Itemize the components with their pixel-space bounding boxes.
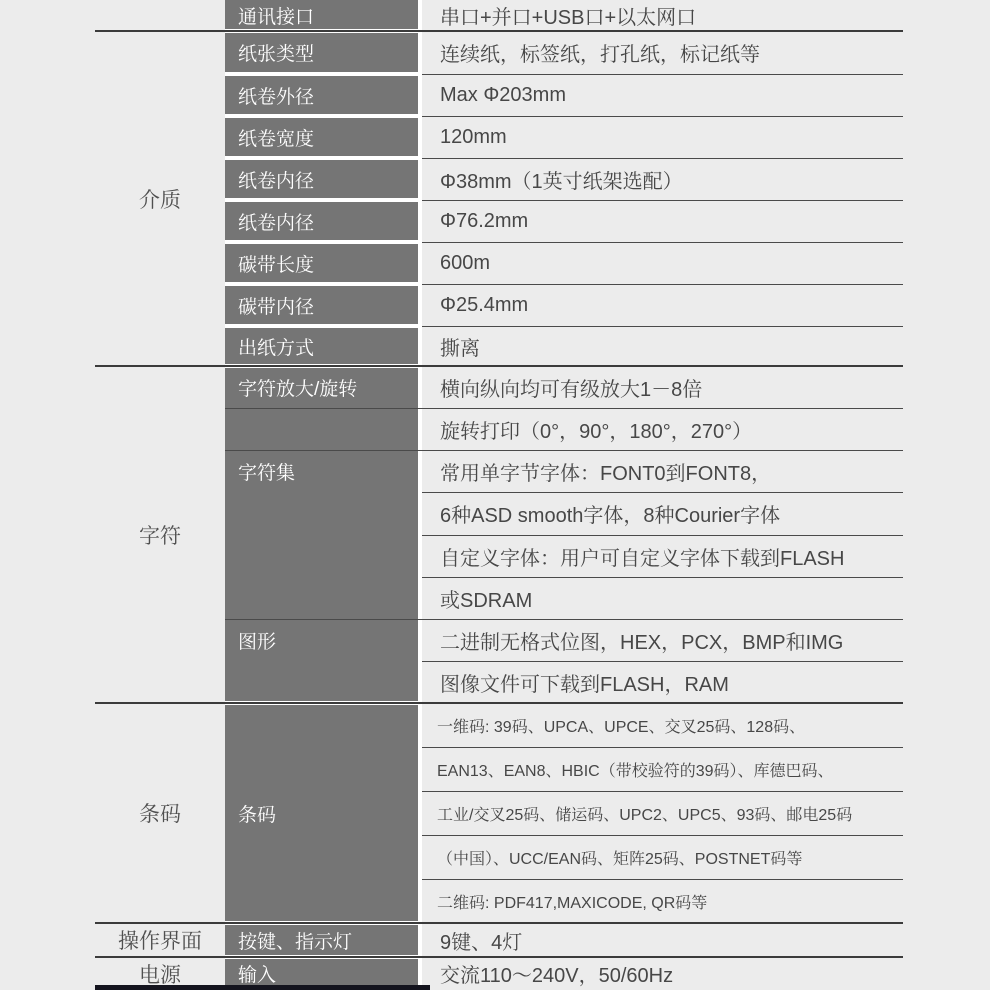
spec-value: 交流110～240V，50/60Hz (440, 957, 673, 990)
spec-value: 串口+并口+USB口+以太网口 (440, 0, 696, 31)
spec-cell-label: 图形 (225, 619, 418, 661)
row-divider (422, 835, 903, 836)
spec-value: 常用单字节字体：FONT0到FONT8， (440, 450, 771, 492)
spec-value: 二维码: PDF417,MAXICODE, QR码等 (437, 879, 707, 923)
group-divider (95, 922, 903, 924)
spec-value: 或SDRAM (440, 577, 532, 619)
spec-value: 一维码: 39码、UPCA、UPCE、交叉25码、128码、 (437, 703, 805, 747)
spec-value: 6种ASD smooth字体，8种Courier字体 (440, 492, 780, 535)
spec-cell-label: 字符集 (225, 450, 418, 492)
row-divider (422, 791, 903, 792)
spec-cell-label: 碳带长度 (225, 242, 418, 284)
row-divider (422, 535, 903, 536)
spec-cell-label: 纸卷内径 (225, 200, 418, 242)
spec-value: 600m (440, 242, 490, 284)
spec-value: Φ25.4mm (440, 284, 528, 326)
spec-cell-label: 出纸方式 (225, 326, 418, 366)
row-divider (225, 619, 903, 620)
spec-value: Φ38mm（1英寸纸架选配） (440, 158, 683, 200)
spec-value: 二进制无格式位图，HEX，PCX，BMP和IMG (440, 619, 843, 661)
spec-value: 工业/交叉25码、储运码、UPC2、UPC5、93码、邮电25码 (437, 791, 852, 835)
spec-value: EAN13、EAN8、HBIC（带校验符的39码）、库德巴码、 (437, 747, 834, 791)
spec-value: 9键、4灯 (440, 923, 522, 957)
row-divider (422, 492, 903, 493)
row-divider (422, 284, 903, 285)
spec-value: 横向纵向均可有级放大1－8倍 (440, 366, 702, 408)
spec-cell-label: 通讯接口 (225, 0, 418, 31)
spec-cell-label: 纸卷宽度 (225, 116, 418, 158)
spec-cell-label: 纸张类型 (225, 31, 418, 74)
spec-cell-label: 纸卷内径 (225, 158, 418, 200)
spec-value: （中国）、UCC/EAN码、矩阵25码、POSTNET码等 (437, 835, 802, 879)
spec-cell-label: 碳带内径 (225, 284, 418, 326)
spec-cell-label: 字符放大/旋转 (225, 366, 418, 408)
spec-cell-label: 按键、指示灯 (225, 923, 418, 957)
row-divider (422, 242, 903, 243)
row-divider (422, 577, 903, 578)
row-divider (225, 408, 903, 409)
spec-value: Φ76.2mm (440, 200, 528, 242)
spec-cell-label: 条码 (225, 703, 418, 923)
row-divider (225, 450, 903, 451)
spec-value: 旋转打印（0°，90°，180°，270°） (440, 408, 752, 450)
row-divider (422, 661, 903, 662)
spec-value: 120mm (440, 116, 507, 158)
category-label: 字符 (95, 366, 225, 703)
spec-value: 图像文件可下载到FLASH，RAM (440, 661, 729, 703)
row-divider (422, 747, 903, 748)
category-label: 条码 (95, 703, 225, 923)
spec-value: 连续纸，标签纸，打孔纸，标记纸等 (440, 31, 760, 74)
row-divider (422, 116, 903, 117)
spec-table: 通讯接口串口+并口+USB口+以太网口介质纸张类型连续纸，标签纸，打孔纸，标记纸… (0, 0, 990, 990)
row-divider (422, 74, 903, 75)
group-divider (95, 365, 903, 367)
row-divider (422, 158, 903, 159)
footer-bar (95, 985, 430, 990)
category-label: 介质 (95, 31, 225, 366)
group-divider (95, 702, 903, 704)
spec-value: Max Φ203mm (440, 74, 566, 116)
row-divider (422, 200, 903, 201)
row-divider (422, 879, 903, 880)
row-divider (422, 326, 903, 327)
category-label: 操作界面 (95, 923, 225, 957)
group-divider (95, 956, 903, 958)
group-divider (95, 30, 903, 32)
spec-value: 自定义字体：用户可自定义字体下载到FLASH (440, 535, 844, 577)
spec-cell-label: 纸卷外径 (225, 74, 418, 116)
spec-value: 撕离 (440, 326, 480, 366)
